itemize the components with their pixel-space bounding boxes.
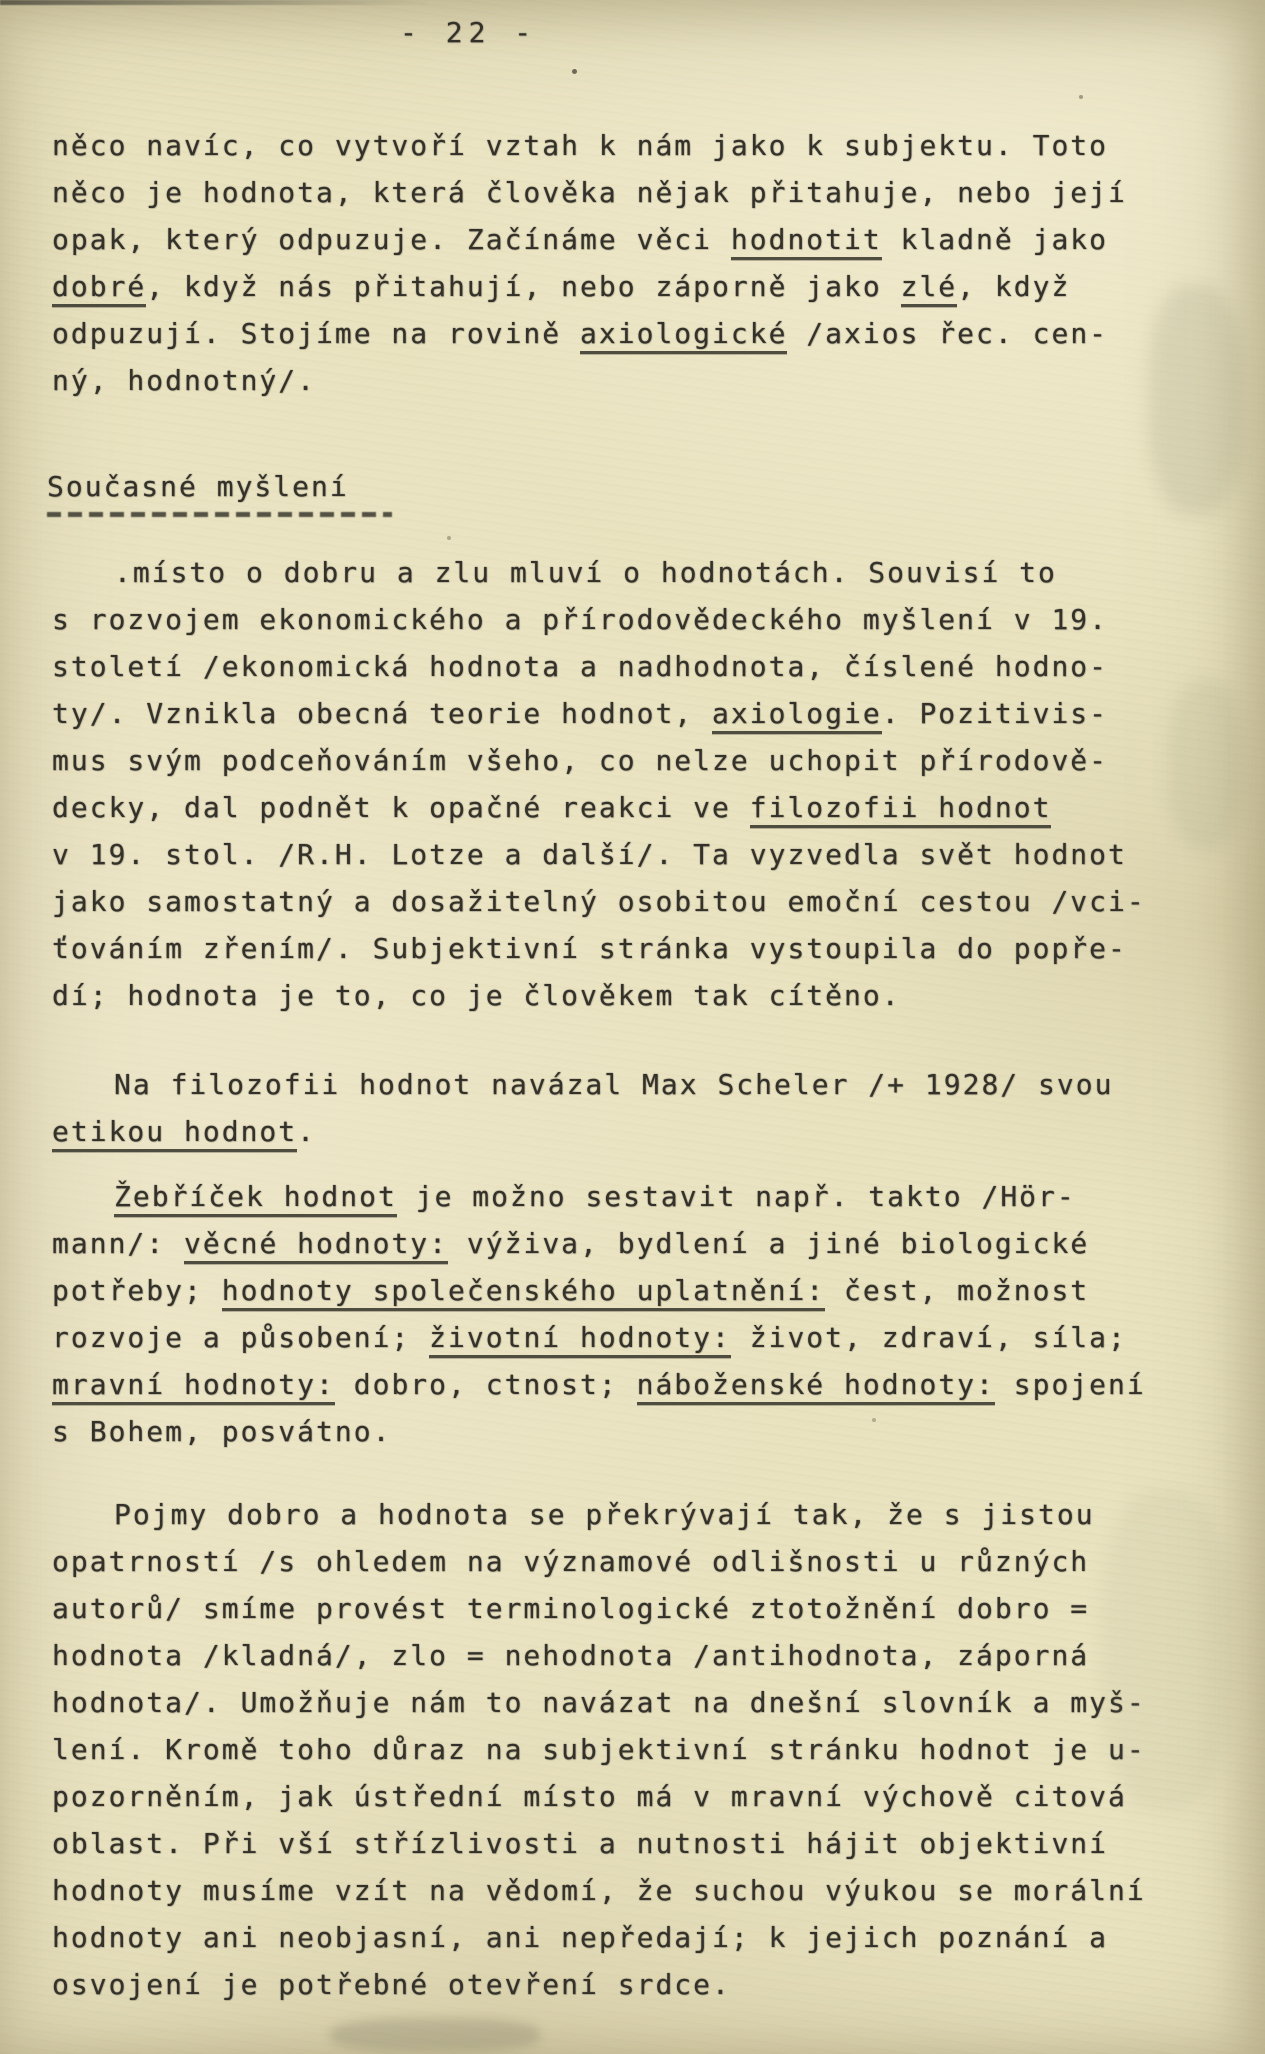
paragraph-3: Na filozofii hodnot navázal Max Scheler … (52, 1061, 1113, 1155)
underlined-text: hodnoty společenského uplatnění: (222, 1274, 825, 1311)
text-segment: hodnota /kladná/, zlo = nehodnota /antih… (52, 1639, 1089, 1672)
underlined-text: zlé (901, 270, 958, 307)
text-line: ty/. Vznikla obecná teorie hodnot, axiol… (52, 690, 1146, 737)
text-segment: ťováním zřením/. Subjektivní stránka vys… (52, 932, 1127, 965)
paragraph-2: .místo o dobru a zlu mluví o hodnotách. … (52, 549, 1146, 1019)
text-segment: hodnoty ani neobjasní, ani nepředají; k … (52, 1921, 1108, 1954)
text-segment: decky, dal podnět k opačné reakci ve (52, 791, 750, 824)
bleed-through-smudge (330, 2018, 540, 2052)
text-line: rozvoje a působení; životní hodnoty: živ… (52, 1314, 1146, 1361)
text-line: decky, dal podnět k opačné reakci ve fil… (52, 784, 1146, 831)
text-segment: Pojmy dobro a hodnota se překrývají tak,… (114, 1498, 1095, 1531)
text-line: opak, který odpuzuje. Začínáme věci hodn… (52, 216, 1127, 263)
text-segment: , když (957, 270, 1070, 303)
text-segment: . Pozitivis- (882, 697, 1108, 730)
text-line: mravní hodnoty: dobro, ctnost; nábožensk… (52, 1361, 1146, 1408)
text-line: lení. Kromě toho důraz na subjektivní st… (52, 1726, 1146, 1773)
text-line: oblast. Při vší střízlivosti a nutnosti … (52, 1820, 1146, 1867)
scanned-document-page: - 22 - něco navíc, co vytvoří vztah k ná… (0, 0, 1265, 2054)
text-line: Žebříček hodnot je možno sestavit např. … (52, 1173, 1146, 1220)
ink-speck (872, 1418, 876, 1422)
text-line: hodnoty musíme vzít na vědomí, že suchou… (52, 1867, 1146, 1914)
ink-speck (572, 69, 577, 74)
text-segment: kladně jako (882, 223, 1108, 256)
underlined-text: axiologické (580, 317, 787, 354)
text-line: hodnoty ani neobjasní, ani nepředají; k … (52, 1914, 1146, 1961)
text-segment: čest, možnost (825, 1274, 1089, 1307)
text-line: mus svým podceňováním všeho, co nelze uc… (52, 737, 1146, 784)
text-line: mann/: věcné hodnoty: výživa, bydlení a … (52, 1220, 1146, 1267)
paragraph-1: něco navíc, co vytvoří vztah k nám jako … (52, 122, 1127, 404)
text-segment: potřeby; (52, 1274, 222, 1307)
text-line: Na filozofii hodnot navázal Max Scheler … (52, 1061, 1113, 1108)
text-line: autorů/ smíme provést terminologické zto… (52, 1585, 1146, 1632)
page-number: - 22 - (400, 16, 537, 49)
text-segment: v 19. stol. /R.H. Lotze a další/. Ta vyz… (52, 838, 1127, 871)
underlined-text: etikou hodnot (52, 1115, 297, 1152)
text-segment: . (297, 1115, 316, 1148)
text-segment: ný, hodnotný/. (52, 364, 316, 397)
text-line: něco navíc, co vytvoří vztah k nám jako … (52, 122, 1127, 169)
text-segment: autorů/ smíme provést terminologické zto… (52, 1592, 1089, 1625)
ink-speck (447, 536, 451, 540)
underlined-text: Žebříček hodnot (114, 1180, 397, 1217)
text-line: etikou hodnot. (52, 1108, 1113, 1155)
underlined-text: životní hodnoty: (429, 1321, 731, 1358)
text-line: pozorněním, jak ústřední místo má v mrav… (52, 1773, 1146, 1820)
text-segment: hodnota/. Umožňuje nám to navázat na dne… (52, 1686, 1146, 1719)
underlined-text: filozofii hodnot (750, 791, 1052, 828)
underlined-text: náboženské hodnoty: (637, 1368, 995, 1405)
paragraph-4: Žebříček hodnot je možno sestavit např. … (52, 1173, 1146, 1455)
text-segment: , když nás přitahují, nebo záporně jako (146, 270, 900, 303)
text-line: hodnota /kladná/, zlo = nehodnota /antih… (52, 1632, 1146, 1679)
underlined-text: věcné hodnoty: (184, 1227, 448, 1264)
section-heading: Současné myšlení (47, 463, 392, 517)
text-segment: rozvoje a působení; (52, 1321, 429, 1354)
underlined-text: axiologie (712, 697, 882, 734)
text-segment: výživa, bydlení a jiné biologické (448, 1227, 1089, 1260)
paragraph-5: Pojmy dobro a hodnota se překrývají tak,… (52, 1491, 1146, 2008)
text-line: něco je hodnota, která člověka nějak při… (52, 169, 1127, 216)
text-line: hodnota/. Umožňuje nám to navázat na dne… (52, 1679, 1146, 1726)
text-line: ťováním zřením/. Subjektivní stránka vys… (52, 925, 1146, 972)
text-segment: s rozvojem ekonomického a přírodovědecké… (52, 603, 1108, 636)
text-line: dí; hodnota je to, co je člověkem tak cí… (52, 972, 1146, 1019)
text-line: odpuzují. Stojíme na rovině axiologické … (52, 310, 1127, 357)
text-segment: život, zdraví, síla; (731, 1321, 1127, 1354)
text-segment: Na filozofii hodnot navázal Max Scheler … (114, 1068, 1113, 1101)
text-line: ný, hodnotný/. (52, 357, 1127, 404)
text-segment: lení. Kromě toho důraz na subjektivní st… (52, 1733, 1146, 1766)
text-segment: s Bohem, posvátno. (52, 1415, 391, 1448)
text-segment: něco je hodnota, která člověka nějak při… (52, 176, 1127, 209)
text-segment: pozorněním, jak ústřední místo má v mrav… (52, 1780, 1127, 1813)
text-segment: mann/: (52, 1227, 184, 1260)
underlined-text: hodnotit (731, 223, 882, 260)
text-segment: něco navíc, co vytvoří vztah k nám jako … (52, 129, 1108, 162)
text-segment: spojení (995, 1368, 1146, 1401)
dashed-underline (47, 512, 392, 517)
text-segment: /axios řec. cen- (787, 317, 1108, 350)
text-segment: opatrností /s ohledem na významové odliš… (52, 1545, 1089, 1578)
text-segment: .místo o dobru a zlu mluví o hodnotách. … (114, 556, 1057, 589)
text-segment: hodnoty musíme vzít na vědomí, že suchou… (52, 1874, 1146, 1907)
text-segment: opak, který odpuzuje. Začínáme věci (52, 223, 731, 256)
text-line: v 19. stol. /R.H. Lotze a další/. Ta vyz… (52, 831, 1146, 878)
text-line: potřeby; hodnoty společenského uplatnění… (52, 1267, 1146, 1314)
text-line: století /ekonomická hodnota a nadhodnota… (52, 643, 1146, 690)
text-line: opatrností /s ohledem na významové odliš… (52, 1538, 1146, 1585)
section-heading-text: Současné myšlení (47, 463, 349, 510)
scan-edge-artifact (0, 0, 430, 5)
text-segment: je možno sestavit např. takto /Hör- (397, 1180, 1076, 1213)
text-segment: oblast. Při vší střízlivosti a nutnosti … (52, 1827, 1108, 1860)
text-segment: mus svým podceňováním všeho, co nelze uc… (52, 744, 1108, 777)
text-line: osvojení je potřebné otevření srdce. (52, 1961, 1146, 2008)
text-line: s rozvojem ekonomického a přírodovědecké… (52, 596, 1146, 643)
text-line: .místo o dobru a zlu mluví o hodnotách. … (52, 549, 1146, 596)
bleed-through-smudge (1148, 285, 1243, 515)
text-segment: ty/. Vznikla obecná teorie hodnot, (52, 697, 712, 730)
underlined-text: dobré (52, 270, 146, 307)
text-segment: dobro, ctnost; (335, 1368, 637, 1401)
text-segment: osvojení je potřebné otevření srdce. (52, 1968, 731, 2001)
text-line: jako samostatný a dosažitelný osobitou e… (52, 878, 1146, 925)
text-segment: dí; hodnota je to, co je člověkem tak cí… (52, 979, 901, 1012)
text-segment: století /ekonomická hodnota a nadhodnota… (52, 650, 1108, 683)
bleed-through-smudge (1100, 1490, 1230, 1810)
underlined-text: mravní hodnoty: (52, 1368, 335, 1405)
bleed-through-smudge (1168, 680, 1243, 850)
text-line: dobré, když nás přitahují, nebo záporně … (52, 263, 1127, 310)
text-line: Pojmy dobro a hodnota se překrývají tak,… (52, 1491, 1146, 1538)
text-segment: jako samostatný a dosažitelný osobitou e… (52, 885, 1146, 918)
text-segment: odpuzují. Stojíme na rovině (52, 317, 580, 350)
text-line: s Bohem, posvátno. (52, 1408, 1146, 1455)
ink-speck (1079, 95, 1083, 99)
